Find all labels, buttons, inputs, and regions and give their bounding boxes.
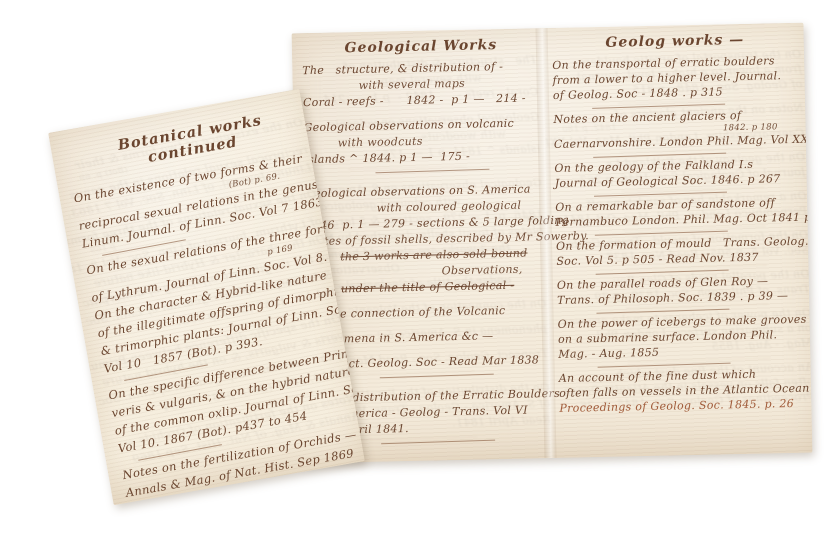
geological-works-sheet: The structure, & distribution of -with s… (292, 23, 813, 464)
manuscript-lines: On the existence of two forms & their(Bo… (72, 150, 353, 502)
page-title-geolog-works: Geolog works — (552, 31, 798, 52)
geolog-works-page: On the transportal of erratic bouldersfr… (539, 23, 812, 458)
page-title-geological-works: Geological Works (302, 36, 540, 57)
manuscript-lines: On the transportal of erratic bouldersfr… (552, 53, 805, 416)
photograph-background: The structure, & distribution of -with s… (0, 0, 840, 540)
